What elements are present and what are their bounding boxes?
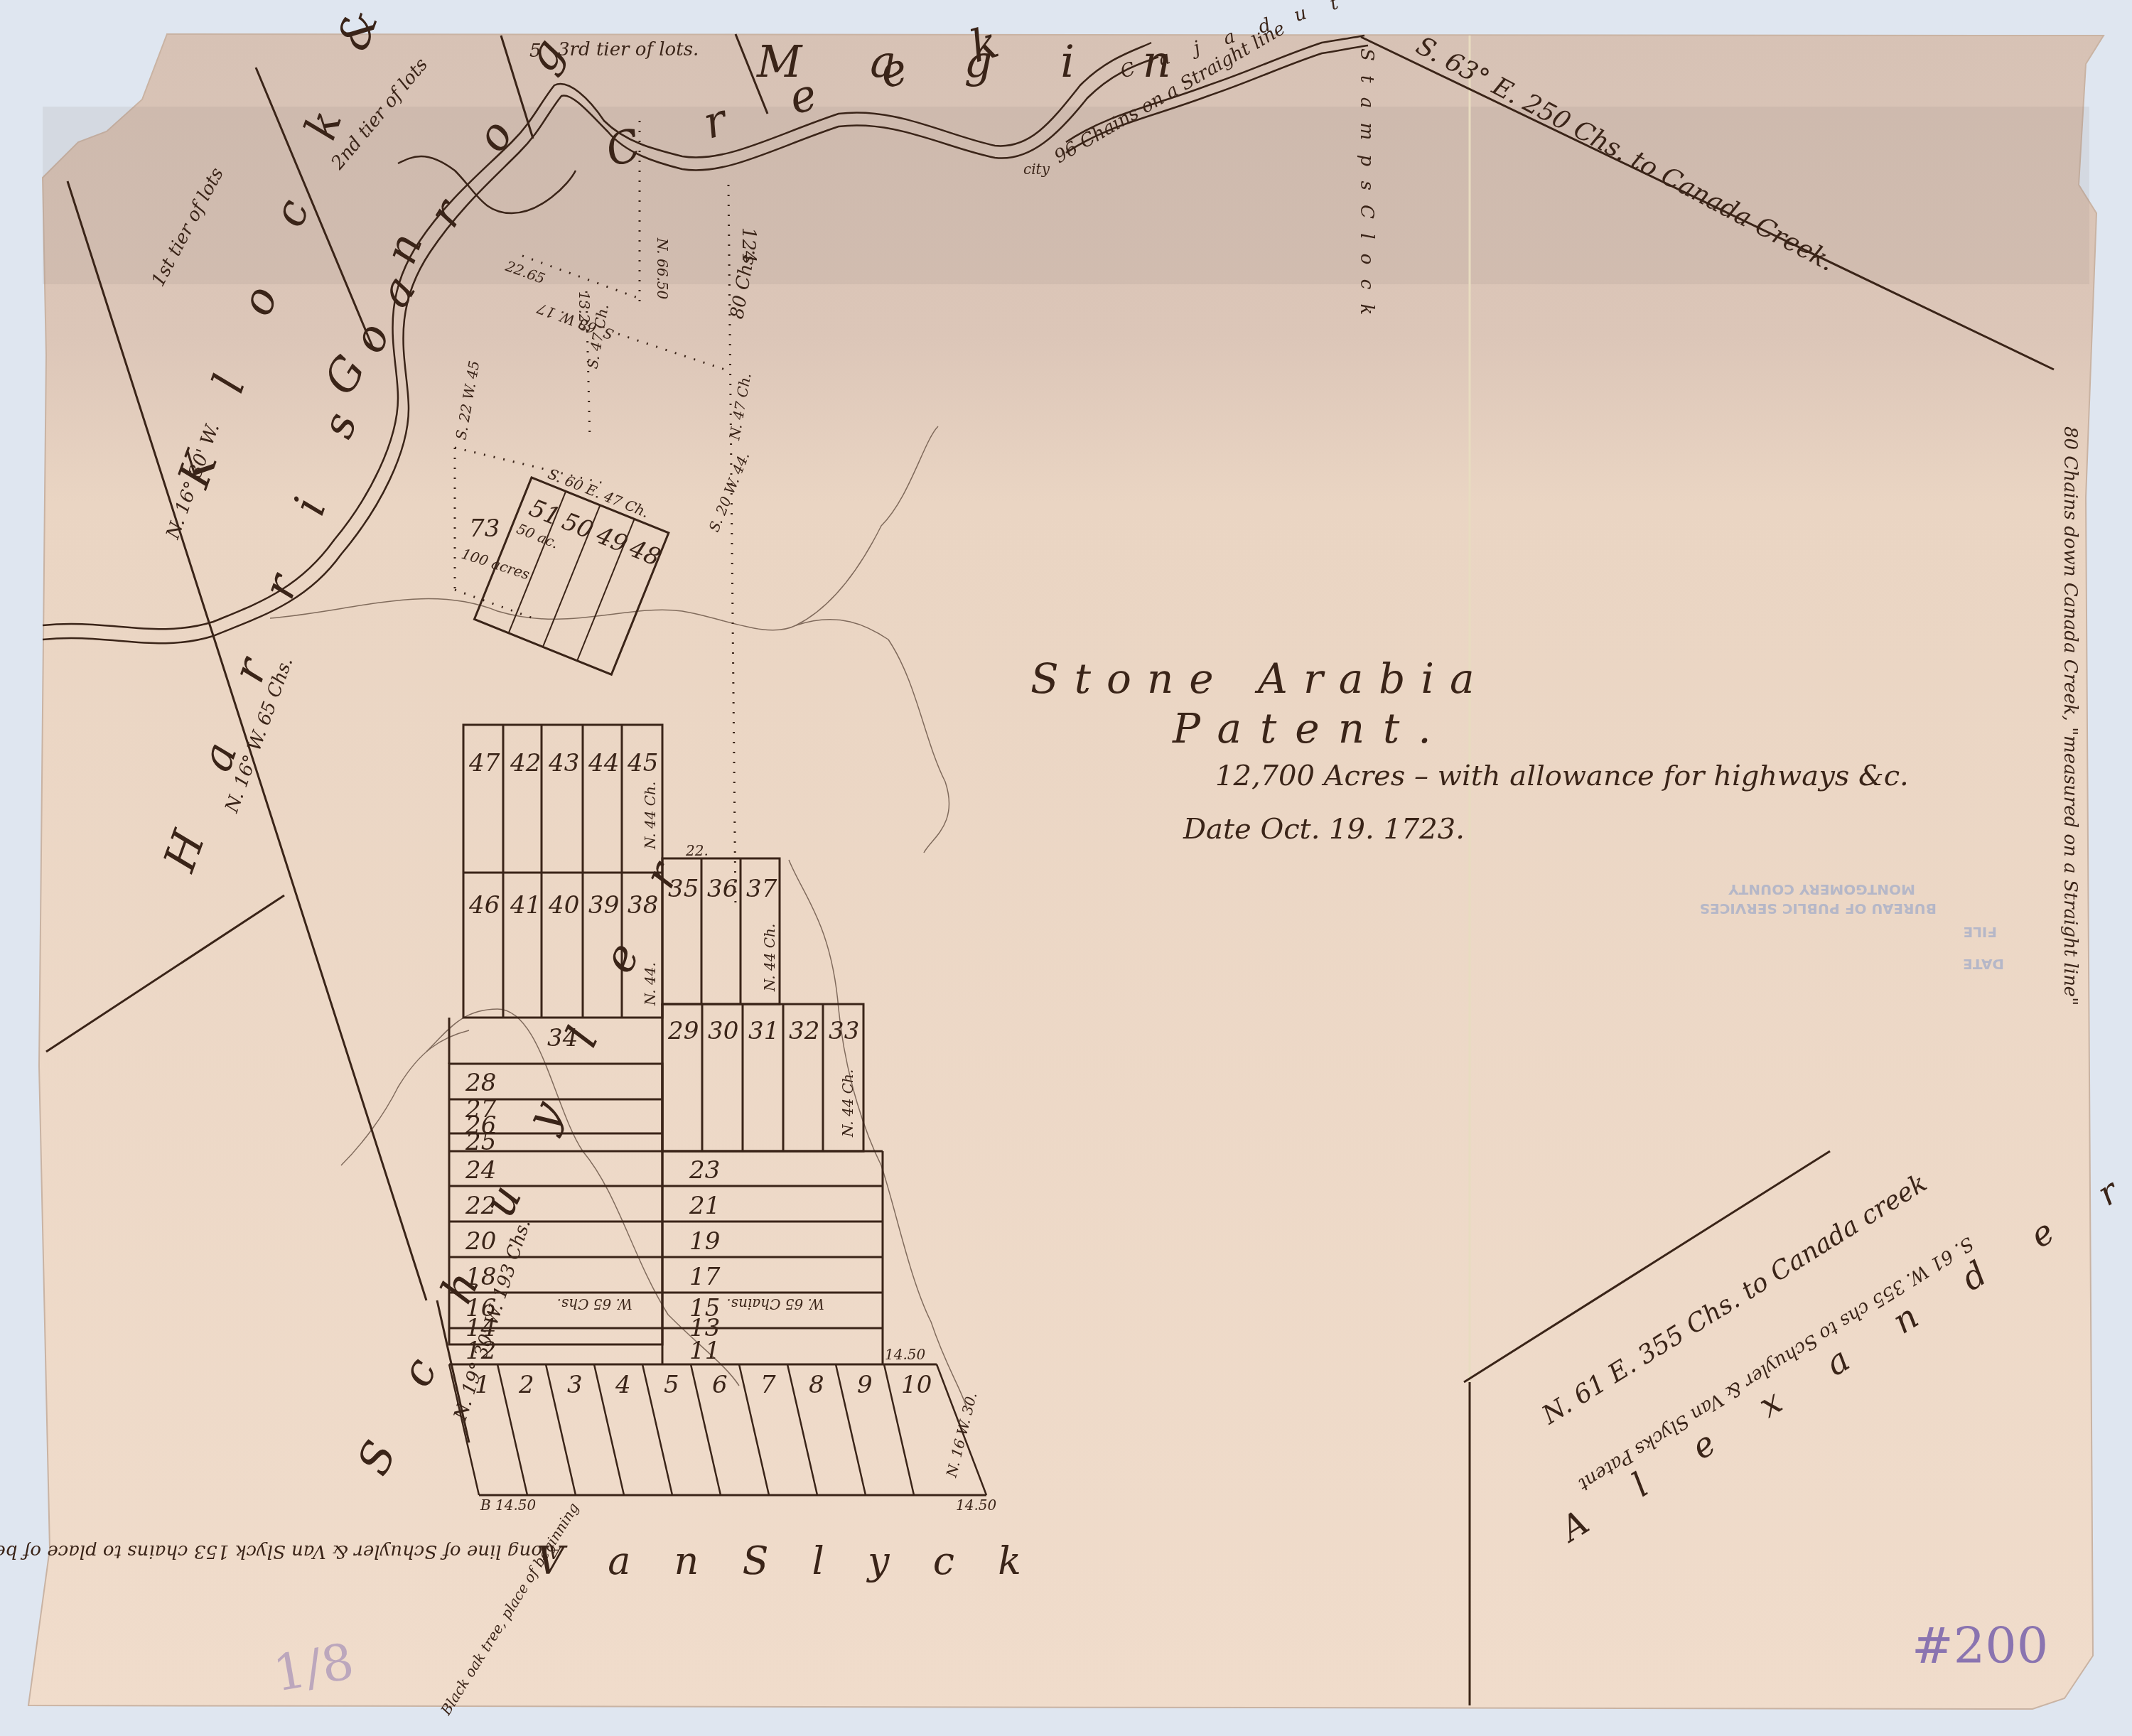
dist-14-50-a: 14.50 xyxy=(885,1346,926,1363)
catalog-number: #200 xyxy=(1912,1617,2048,1675)
lot-29: 29 xyxy=(667,1017,699,1045)
city-label: city xyxy=(1023,161,1050,178)
lot-4: 4 xyxy=(615,1371,631,1399)
n66-50-label: N. 66.50 xyxy=(654,237,671,299)
w65-label-b: W. 65 Chains. xyxy=(726,1295,824,1312)
lot-42: 42 xyxy=(510,749,541,777)
lot-46: 46 xyxy=(468,891,500,920)
lot-23: 23 xyxy=(689,1156,720,1185)
along-line-label: Along line of Schuyler & Van Slyck 153 c… xyxy=(0,1541,563,1562)
lot-21: 21 xyxy=(689,1192,720,1220)
stamps-clock-label: S t a m p s C l o c k xyxy=(1356,48,1377,319)
lot-37: 37 xyxy=(746,875,777,903)
n44ch-label-d: N. 44 Ch. xyxy=(839,1069,856,1138)
lot-43: 43 xyxy=(548,749,579,777)
lot-44: 44 xyxy=(588,749,619,777)
tier3-number: 5 xyxy=(529,41,542,62)
lot-32: 32 xyxy=(789,1017,819,1045)
stamp-line3: FILE xyxy=(1963,924,1997,941)
lot-2: 2 xyxy=(518,1371,534,1399)
stamp-line2: BUREAU OF PUBLIC SERVICES xyxy=(1700,900,1937,917)
eighty-chains-label: 80 Chains down Canada Creek, "measured o… xyxy=(2060,426,2081,1006)
patent-word: Patent. xyxy=(1172,704,1450,753)
dist-14-50-b: 14.50 xyxy=(956,1497,997,1514)
lot-10: 10 xyxy=(901,1371,932,1399)
lot-45: 45 xyxy=(627,749,658,777)
map-document: 51 50 49 48 50 ac. S. 60 E. 47 Ch. 73 10… xyxy=(0,0,2132,1736)
lot-28: 28 xyxy=(465,1069,496,1097)
w65-label-a: W. 65 Chs. xyxy=(557,1295,632,1312)
lot-31: 31 xyxy=(748,1017,779,1045)
lot-40: 40 xyxy=(548,891,579,920)
lot-8: 8 xyxy=(809,1371,824,1399)
lot-36: 36 xyxy=(707,875,738,903)
date-text: Date Oct. 19. 1723. xyxy=(1183,813,1465,846)
lot-9: 9 xyxy=(857,1371,873,1399)
stamp-line1: MONTGOMERY COUNTY xyxy=(1728,881,1915,898)
patent-name: Stone Arabia xyxy=(1030,654,1490,703)
lot-11: 11 xyxy=(689,1337,720,1365)
lot-3: 3 xyxy=(567,1371,583,1399)
lot-19: 19 xyxy=(689,1227,720,1256)
lot-47: 47 xyxy=(468,749,500,777)
lot-30: 30 xyxy=(708,1017,738,1045)
n44-label-c: N. 44. xyxy=(642,962,659,1006)
dist-14-50-c: B 14.50 xyxy=(480,1497,537,1514)
lot-5: 5 xyxy=(664,1371,679,1399)
lot-25: 25 xyxy=(465,1128,496,1156)
lot-41: 41 xyxy=(510,891,541,920)
paper-sheet xyxy=(28,34,2104,1709)
stamp-line4: DATE xyxy=(1963,956,2004,973)
lot-17: 17 xyxy=(689,1263,721,1291)
lot-7: 7 xyxy=(760,1371,776,1399)
lot-6: 6 xyxy=(712,1371,728,1399)
lot-33: 33 xyxy=(829,1017,859,1045)
van-slyck-label: V a n S l y c k xyxy=(537,1538,1037,1583)
tier3-label: 3rd tier of lots. xyxy=(558,39,699,60)
acreage-text: 12,700 Acres – with allowance for highwa… xyxy=(1215,760,1909,792)
n44ch-label-b: N. 44 Ch. xyxy=(761,924,778,992)
lot-73: 73 xyxy=(469,514,500,543)
